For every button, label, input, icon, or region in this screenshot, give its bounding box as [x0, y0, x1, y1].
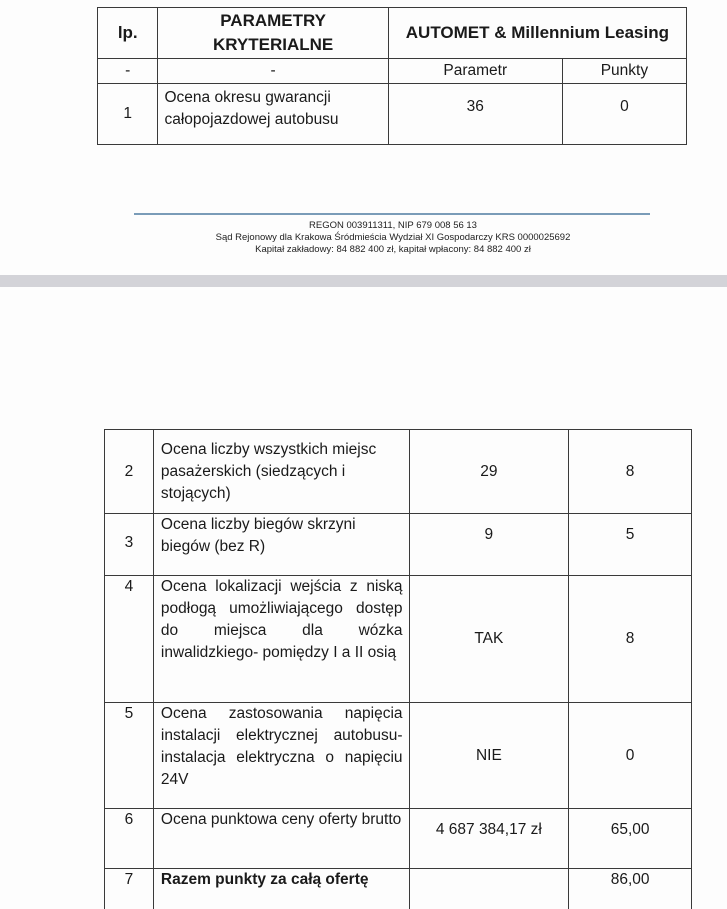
row-parametr: NIE — [409, 703, 569, 809]
row-criteria: Ocena lokalizacji wejścia z niską podłog… — [153, 576, 409, 703]
table-row: 5 Ocena zastosowania napięcia instalacji… — [105, 703, 692, 809]
row-punkty: 0 — [562, 84, 686, 145]
row-lp: 4 — [105, 576, 154, 703]
row-punkty: 8 — [569, 576, 692, 703]
evaluation-table-top: lp. PARAMETRY KRYTERIALNE AUTOMET & Mill… — [97, 7, 687, 145]
row-lp: 3 — [105, 514, 154, 576]
subheader-criteria: - — [158, 59, 388, 84]
row-lp: 5 — [105, 703, 154, 809]
row-parametr: 9 — [409, 514, 569, 576]
row-criteria: Ocena punktowa ceny oferty brutto — [153, 809, 409, 869]
row-lp: 6 — [105, 809, 154, 869]
row-punkty: 5 — [569, 514, 692, 576]
total-row: 7 Razem punkty za całą ofertę 86,00 — [105, 869, 692, 909]
row-parametr: 29 — [409, 430, 569, 514]
row-criteria: Ocena liczby biegów skrzyni biegów (bez … — [153, 514, 409, 576]
row-lp: 2 — [105, 430, 154, 514]
row-punkty: 0 — [569, 703, 692, 809]
footer-line-3: Kapitał zakładowy: 84 882 400 zł, kapita… — [130, 244, 656, 256]
subheader-parametr: Parametr — [388, 59, 562, 84]
row-criteria: Ocena okresu gwarancji całopojazdowej au… — [158, 84, 388, 145]
header-lp: lp. — [98, 8, 158, 59]
row-criteria: Ocena liczby wszystkich miejsc pasażersk… — [153, 430, 409, 514]
row-parametr: 4 687 384,17 zł — [409, 809, 569, 869]
header-bidder: AUTOMET & Millennium Leasing — [388, 8, 686, 59]
footer-line-1: REGON 003911311, NIP 679 008 56 13 — [130, 220, 656, 232]
table-row: 1 Ocena okresu gwarancji całopojazdowej … — [98, 84, 687, 145]
total-punkty: 86,00 — [569, 869, 692, 909]
row-parametr: TAK — [409, 576, 569, 703]
total-lp: 7 — [105, 869, 154, 909]
table-row: 2 Ocena liczby wszystkich miejsc pasażer… — [105, 430, 692, 514]
footer-line-2: Sąd Rejonowy dla Krakowa Śródmieścia Wyd… — [130, 232, 656, 244]
row-lp: 1 — [98, 84, 158, 145]
table-row: 3 Ocena liczby biegów skrzyni biegów (be… — [105, 514, 692, 576]
footer-divider — [134, 213, 650, 215]
subheader-punkty: Punkty — [562, 59, 686, 84]
subheader-lp: - — [98, 59, 158, 84]
total-parametr — [409, 869, 569, 909]
header-criteria: PARAMETRY KRYTERIALNE — [158, 8, 388, 59]
row-punkty: 65,00 — [569, 809, 692, 869]
table-row: 6 Ocena punktowa ceny oferty brutto 4 68… — [105, 809, 692, 869]
row-punkty: 8 — [569, 430, 692, 514]
row-criteria: Ocena zastosowania napięcia instalacji e… — [153, 703, 409, 809]
page-separator — [0, 275, 727, 287]
evaluation-table-bottom: 2 Ocena liczby wszystkich miejsc pasażer… — [104, 429, 692, 909]
total-label: Razem punkty za całą ofertę — [153, 869, 409, 909]
table-row: 4 Ocena lokalizacji wejścia z niską podł… — [105, 576, 692, 703]
row-parametr: 36 — [388, 84, 562, 145]
